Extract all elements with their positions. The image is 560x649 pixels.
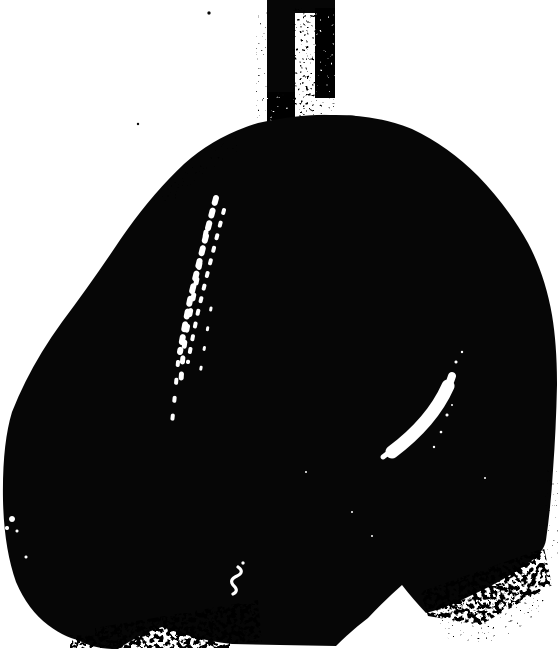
crescent-speck — [440, 431, 443, 434]
pipe-outer-dust — [256, 12, 268, 120]
pinhole — [351, 511, 353, 513]
squiggle-dot — [241, 561, 244, 564]
toner-speck — [551, 343, 553, 345]
crescent-speck — [461, 351, 463, 353]
pipe-right-column — [315, 8, 335, 98]
pipe-left-column — [267, 8, 295, 96]
pipe-middle-grain — [293, 8, 317, 128]
crescent-speck — [446, 414, 449, 417]
scanned-photo-page: High-contrast scanned photograph — [0, 0, 560, 649]
crescent-speck — [455, 361, 458, 364]
pinhole — [484, 477, 486, 479]
halftone-photograph: High-contrast scanned photograph — [0, 0, 560, 649]
pinhole — [9, 516, 15, 522]
pinhole — [305, 471, 307, 473]
toner-speck — [207, 11, 210, 14]
supply-pipe: Vertical pipe with grainy toner texture … — [256, 0, 335, 128]
pinhole — [5, 526, 9, 530]
crescent-speck — [451, 404, 453, 406]
pinhole — [16, 530, 19, 533]
pinhole — [25, 556, 28, 559]
crescent-speck — [433, 446, 435, 448]
right-margin-grain — [544, 470, 558, 560]
toner-speck — [137, 123, 139, 125]
pinhole — [371, 535, 373, 537]
